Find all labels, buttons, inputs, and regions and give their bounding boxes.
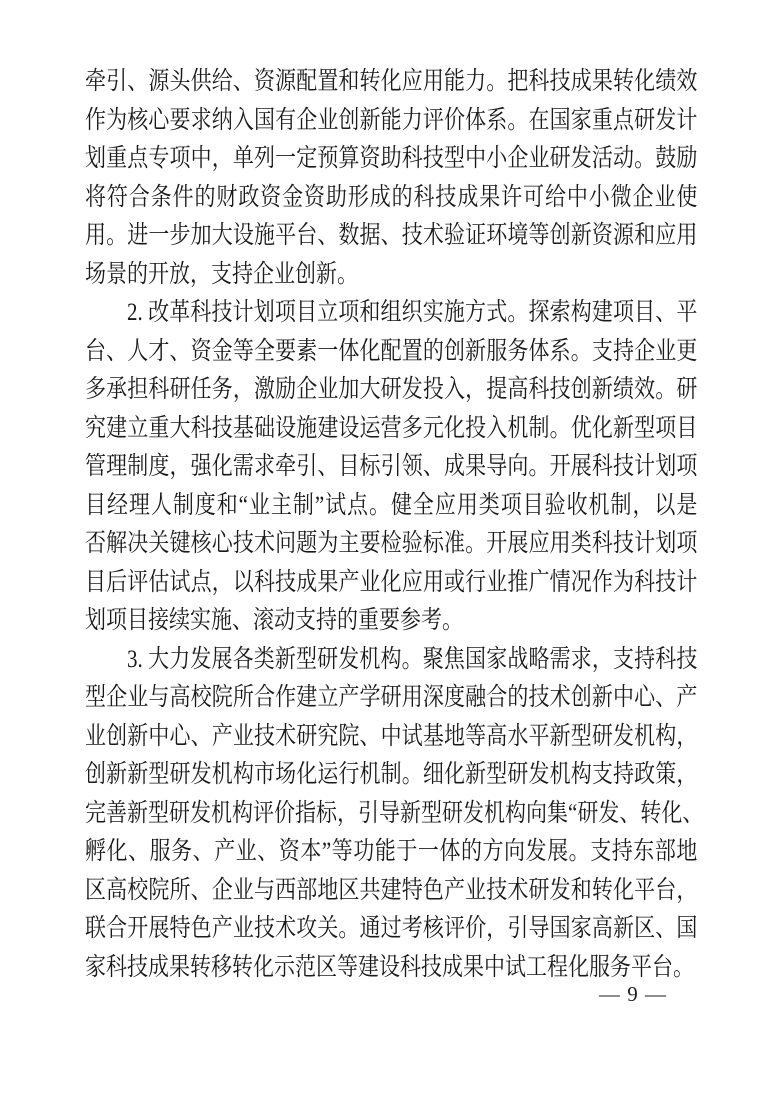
paragraph: 2. 改革科技计划项目立项和组织实施方式。探索构建项目、平台、人才、资金等全要素… xyxy=(85,294,697,641)
text-line: 业创新中心、产业技术研究院、中试基地等高水平新型研发机构， xyxy=(85,718,697,757)
text-line: 创新新型研发机构市场化运行机制。细化新型研发机构支持政策， xyxy=(85,756,697,795)
text-line: 场景的开放，支持企业创新。 xyxy=(85,256,697,295)
text-line: 牵引、源头供给、资源配置和转化应用能力。把科技成果转化绩效 xyxy=(85,63,697,102)
page-number: — 9 — xyxy=(0,984,667,1005)
text-line: 作为核心要求纳入国有企业创新能力评价体系。在国家重点研发计 xyxy=(85,102,697,141)
text-line: 将符合条件的财政资金资助形成的科技成果许可给中小微企业使 xyxy=(85,179,697,218)
text-line: 区高校院所、企业与西部地区共建特色产业技术研发和转化平台， xyxy=(85,872,697,911)
text-line: 目后评估试点，以科技成果产业化应用或行业推广情况作为科技计 xyxy=(85,564,697,603)
text-line: 目经理人制度和“业主制”试点。健全应用类项目验收机制，以是 xyxy=(85,487,697,526)
text-line: 台、人才、资金等全要素一体化配置的创新服务体系。支持企业更 xyxy=(85,333,697,372)
text-line: 划重点专项中，单列一定预算资助科技型中小企业研发活动。鼓励 xyxy=(85,140,697,179)
text-line: 究建立重大科技基础设施建设运营多元化投入机制。优化新型项目 xyxy=(85,410,697,449)
text-line: 2. 改革科技计划项目立项和组织实施方式。探索构建项目、平 xyxy=(85,294,697,333)
text-line: 用。进一步加大设施平台、数据、技术验证环境等创新资源和应用 xyxy=(85,217,697,256)
document-page: 牵引、源头供给、资源配置和转化应用能力。把科技成果转化绩效作为核心要求纳入国有企… xyxy=(0,0,780,1103)
text-line: 划项目接续实施、滚动支持的重要参考。 xyxy=(85,602,697,641)
text-line: 孵化、服务、产业、资本”等功能于一体的方向发展。支持东部地 xyxy=(85,833,697,872)
paragraph: 3. 大力发展各类新型研发机构。聚焦国家战略需求，支持科技型企业与高校院所合作建… xyxy=(85,641,697,988)
text-line: 3. 大力发展各类新型研发机构。聚焦国家战略需求，支持科技 xyxy=(85,641,697,680)
paragraph: 牵引、源头供给、资源配置和转化应用能力。把科技成果转化绩效作为核心要求纳入国有企… xyxy=(85,63,697,294)
text-line: 完善新型研发机构评价指标，引导新型研发机构向集“研发、转化、 xyxy=(85,795,697,834)
text-line: 型企业与高校院所合作建立产学研用深度融合的技术创新中心、产 xyxy=(85,679,697,718)
text-line: 联合开展特色产业技术攻关。通过考核评价，引导国家高新区、国 xyxy=(85,910,697,949)
text-line: 否解决关键核心技术问题为主要检验标准。开展应用类科技计划项 xyxy=(85,525,697,564)
text-line: 管理制度，强化需求牵引、目标引领、成果导向。开展科技计划项 xyxy=(85,448,697,487)
body-text: 牵引、源头供给、资源配置和转化应用能力。把科技成果转化绩效作为核心要求纳入国有企… xyxy=(85,63,697,987)
text-line: 多承担科研任务，激励企业加大研发投入，提高科技创新绩效。研 xyxy=(85,371,697,410)
